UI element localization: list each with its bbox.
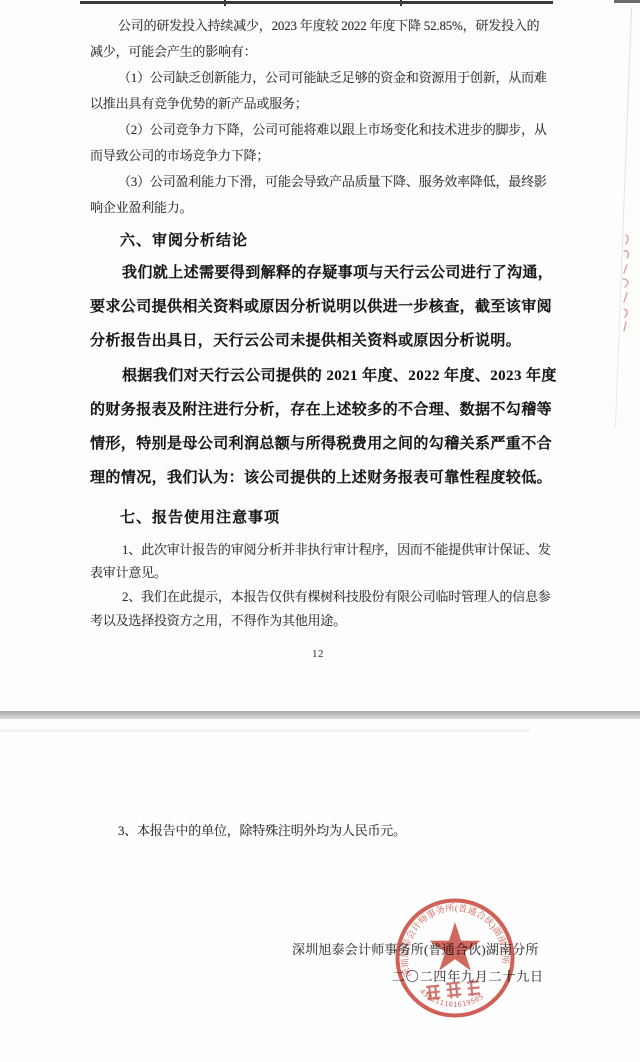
- conclusion-line: 情形，特别是母公司利润总额与所得税费用之间的勾稽关系严重不合: [90, 432, 552, 453]
- paragraph-line: （3）公司盈利能力下滑，可能会导致产品质量下降、服务效率降低，最终影: [118, 171, 547, 190]
- page-number: 12: [312, 648, 324, 660]
- scanned-audit-report: 公司的研发投入持续减少，2023 年度较 2022 年度下降 52.85%，研发…: [0, 0, 640, 1062]
- document-page-1: 公司的研发投入持续减少，2023 年度较 2022 年度下降 52.85%，研发…: [0, 0, 640, 711]
- conclusion-line: 要求公司提供相关资料或原因分析说明以供进一步核查，截至该审阅: [90, 295, 552, 316]
- paragraph-line: 公司的研发投入持续减少，2023 年度较 2022 年度下降 52.85%，研发…: [118, 15, 539, 34]
- paragraph-line: 而导致公司的市场竞争力下降；: [90, 145, 269, 164]
- official-red-seal: 深圳旭泰会计师事务所(普通合伙)湖南分所 430111101619505: [375, 878, 535, 1038]
- paragraph-line: （1）公司缺乏创新能力，公司可能缺乏足够的资金和资源用于创新，从而难: [118, 67, 547, 86]
- document-page-2: 3、本报告中的单位，除特殊注明外均为人民币元。 深圳旭泰会计师事务所(普通合伙)…: [0, 719, 640, 1062]
- conclusion-line: 我们就上述需要得到解释的存疑事项与天行云公司进行了沟通，: [122, 261, 553, 282]
- red-margin-annotation: [612, 230, 636, 342]
- paragraph-line: 以推出具有竞争优势的新产品或服务；: [90, 93, 308, 112]
- paragraph-line: 3、本报告中的单位，除特殊注明外均为人民币元。: [118, 820, 406, 839]
- conclusion-line: 根据我们对天行云公司提供的 2021 年度、2022 年度、2023 年度: [122, 364, 557, 385]
- conclusion-line: 的财务报表及附注进行分析，存在上述较多的不合理、数据不勾稽等: [90, 398, 552, 419]
- paragraph-line: 表审计意见。: [90, 562, 167, 581]
- paragraph-line: 1、此次审计报告的审阅分析并非执行审计程序，因而不能提供审计保证、发: [122, 539, 551, 558]
- conclusion-line: 分析报告出具日，天行云公司未提供相关资料或原因分析说明。: [90, 329, 521, 350]
- scan-streak: [0, 729, 530, 732]
- table-column-tick: [224, 0, 226, 6]
- table-bottom-border: [80, 1, 553, 4]
- paragraph-line: 减少，可能会产生的影响有：: [90, 41, 256, 60]
- paragraph-line: 响企业盈利能力。: [90, 197, 192, 216]
- paragraph-line: 2、我们在此提示，本报告仅供有棵树科技股份有限公司临时管理人的信息参: [122, 586, 551, 605]
- paragraph-line: （2）公司竞争力下降，公司可能将难以跟上市场变化和技术进步的脚步，从: [118, 119, 547, 138]
- section-heading-usage-notes: 七、报告使用注意事项: [120, 506, 280, 527]
- conclusion-line: 理的情况，我们认为：该公司提供的上述财务报表可靠性程度较低。: [90, 466, 552, 487]
- section-heading-review-conclusion: 六、审阅分析结论: [120, 229, 248, 250]
- scan-edge-mark: [614, 0, 640, 3]
- paragraph-line: 考以及选择投资方之用，不得作为其他用途。: [90, 610, 346, 629]
- table-column-tick: [400, 0, 402, 6]
- seal-star-icon: [429, 922, 480, 971]
- page-gap-divider: [0, 711, 640, 719]
- scan-fold-line: [615, 8, 632, 428]
